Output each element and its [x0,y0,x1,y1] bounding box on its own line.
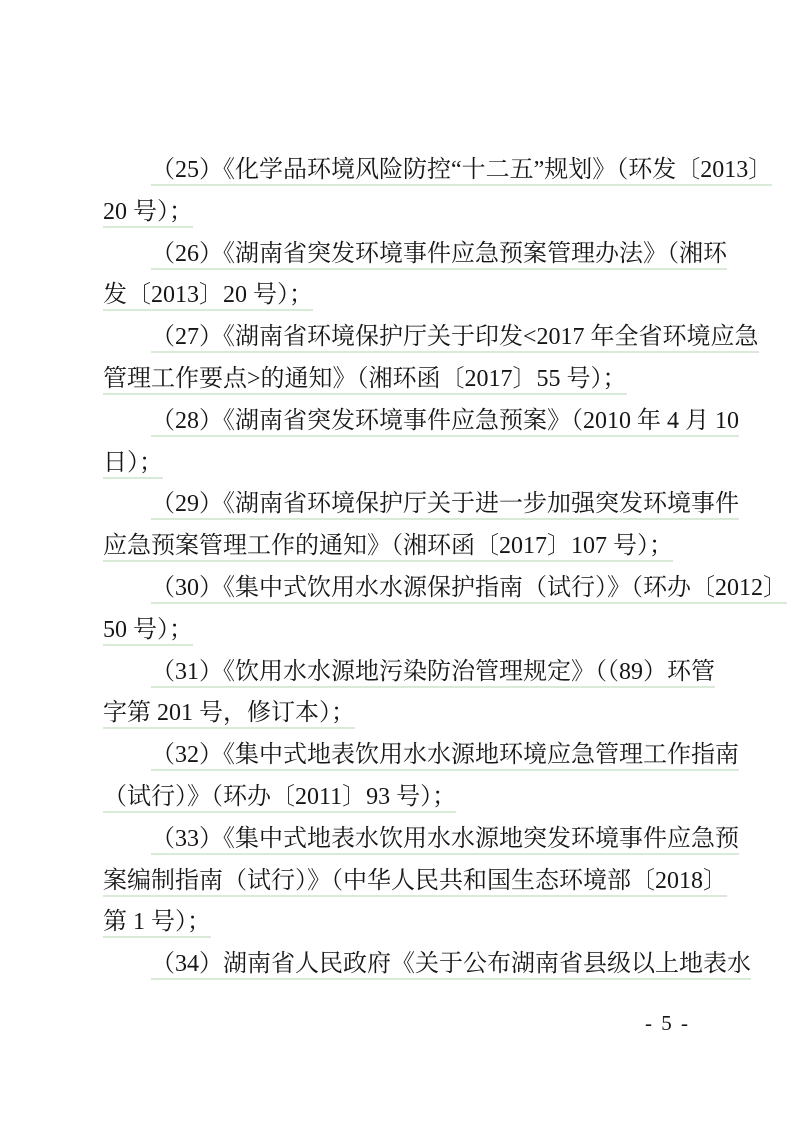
document-page: （25）《化学品环境风险防控“十二五”规划》（环发〔2013〕20 号）；（26… [0,0,793,1122]
regulation-item-line: 日）； [103,443,695,485]
regulation-item-line: 第 1 号）； [103,902,695,944]
regulation-item-line: （28）《湖南省突发环境事件应急预案》（2010 年 4 月 10 [103,401,695,443]
regulation-item-text: 50 号）； [103,617,193,646]
regulation-item-text: （25）《化学品环境风险防控“十二五”规划》（环发〔2013〕 [151,157,772,186]
regulation-item-line: 案编制指南（试行）》（中华人民共和国生态环境部〔2018〕 [103,861,695,903]
regulation-item-text: （32）《集中式地表饮用水水源地环境应急管理工作指南 [151,742,739,771]
regulation-item-text: 20 号）； [103,199,193,228]
regulation-item-text: （31）《饮用水水源地污染防治管理规定》（（89）环管 [151,659,715,688]
regulation-item-line: （33）《集中式地表水饮用水水源地突发环境事件应急预 [103,819,695,861]
regulation-item-text: （30）《集中式饮用水水源保护指南（试行）》（环办〔2012〕 [151,575,787,604]
regulation-item-text: （试行）》（环办〔2011〕93 号）； [103,784,456,813]
regulation-item-text: （34）湖南省人民政府《关于公布湖南省县级以上地表水 [151,951,751,980]
regulation-item-line: 发〔2013〕20 号）； [103,275,695,317]
regulation-item-text: （29）《湖南省环境保护厅关于进一步加强突发环境事件 [151,491,739,520]
regulation-item-line: 管理工作要点>的通知》（湘环函〔2017〕55 号）； [103,359,695,401]
regulation-item-text: （28）《湖南省突发环境事件应急预案》（2010 年 4 月 10 [151,408,739,437]
regulation-item-text: （33）《集中式地表水饮用水水源地突发环境事件应急预 [151,826,739,855]
regulation-item-line: （34）湖南省人民政府《关于公布湖南省县级以上地表水 [103,944,695,986]
regulation-item-line: （30）《集中式饮用水水源保护指南（试行）》（环办〔2012〕 [103,568,695,610]
regulation-item-line: （26）《湖南省突发环境事件应急预案管理办法》（湘环 [103,234,695,276]
regulation-item-text: 应急预案管理工作的通知》（湘环函〔2017〕107 号）； [103,533,673,562]
regulation-item-line: 20 号）； [103,192,695,234]
regulation-item-text: 第 1 号）； [103,909,211,938]
regulation-item-line: （25）《化学品环境风险防控“十二五”规划》（环发〔2013〕 [103,150,695,192]
regulation-item-line: （29）《湖南省环境保护厅关于进一步加强突发环境事件 [103,484,695,526]
regulation-item-text: 发〔2013〕20 号）； [103,282,313,311]
regulation-item-text: （26）《湖南省突发环境事件应急预案管理办法》（湘环 [151,241,727,270]
regulation-item-line: 应急预案管理工作的通知》（湘环函〔2017〕107 号）； [103,526,695,568]
regulation-item-line: （试行）》（环办〔2011〕93 号）； [103,777,695,819]
regulation-item-text: 案编制指南（试行）》（中华人民共和国生态环境部〔2018〕 [103,868,727,897]
regulation-item-line: （27）《湖南省环境保护厅关于印发<2017 年全省环境应急 [103,317,695,359]
regulation-item-line: 字第 201 号，修订本）； [103,693,695,735]
regulation-item-line: （31）《饮用水水源地污染防治管理规定》（（89）环管 [103,652,695,694]
regulation-item-text: 日）； [103,450,163,479]
page-number: - 5 - [645,1008,690,1038]
regulation-list: （25）《化学品环境风险防控“十二五”规划》（环发〔2013〕20 号）；（26… [103,150,695,986]
regulation-item-text: （27）《湖南省环境保护厅关于印发<2017 年全省环境应急 [151,324,759,353]
regulation-item-text: 管理工作要点>的通知》（湘环函〔2017〕55 号）； [103,366,627,395]
regulation-item-line: 50 号）； [103,610,695,652]
regulation-item-text: 字第 201 号，修订本）； [103,700,355,729]
regulation-item-line: （32）《集中式地表饮用水水源地环境应急管理工作指南 [103,735,695,777]
